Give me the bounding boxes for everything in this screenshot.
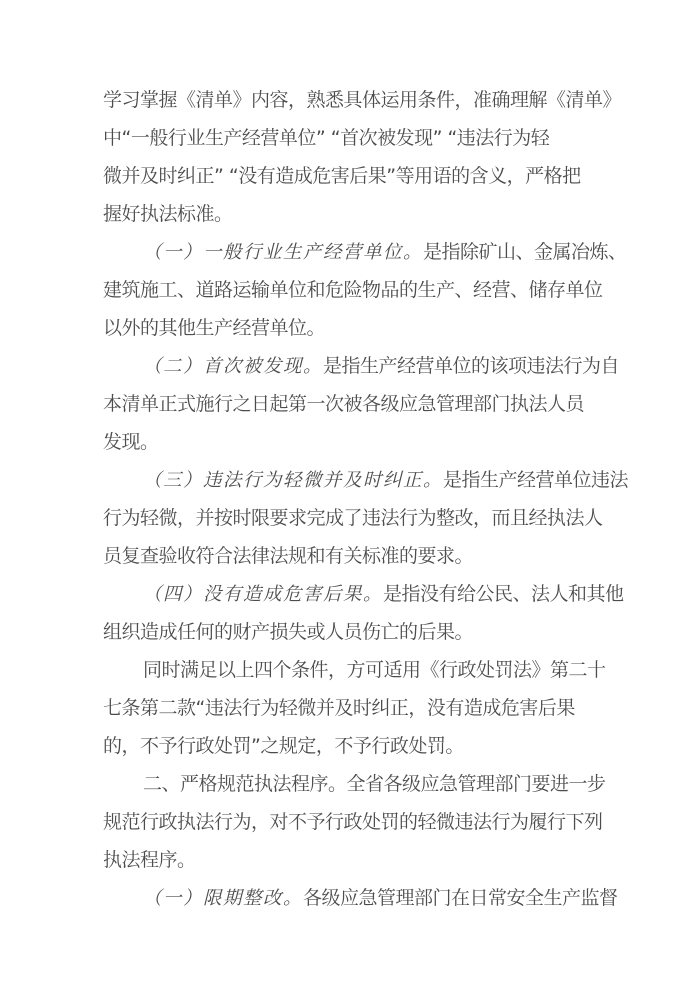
text-line: 同时满足以上四个条件，方可适用《行政处罚法》第二十 bbox=[103, 651, 600, 689]
line-text: 建筑施工、道路运输单位和危险物品的生产、经营、储存单位 bbox=[103, 279, 603, 301]
line-text: 握好执法标准。 bbox=[103, 203, 233, 225]
text-line: 发现。 bbox=[103, 423, 600, 461]
text-line: 员复查验收符合法律法规和有关标准的要求。 bbox=[103, 537, 600, 575]
line-text: 是指除矿山、金属冶炼、 bbox=[423, 241, 627, 263]
line-text: 七条第二款“违法行为轻微并及时纠正，没有造成危害后果 bbox=[103, 697, 575, 719]
line-text: 全省各级应急管理部门要进一步 bbox=[347, 773, 606, 795]
line-text: 执法程序。 bbox=[103, 849, 196, 871]
text-line: （一）限期整改。各级应急管理部门在日常安全生产监督 bbox=[103, 879, 600, 917]
line-text: 微并及时纠正” “没有造成危害后果”等用语的含义，严格把 bbox=[103, 165, 581, 187]
line-text: 的，不予行政处罚”之规定，不予行政处罚。 bbox=[103, 735, 464, 757]
clause-title: （一）限期整改。 bbox=[143, 888, 303, 909]
text-line: 本清单正式施行之日起第一次被各级应急管理部门执法人员 bbox=[103, 385, 600, 423]
text-line: 握好执法标准。 bbox=[103, 195, 600, 233]
line-text: 员复查验收符合法律法规和有关标准的要求。 bbox=[103, 545, 473, 567]
line-text: 是指生产经营单位的该项违法行为自 bbox=[323, 355, 619, 377]
text-line: 中“一般行业生产经营单位” “首次被发现” “违法行为轻 bbox=[103, 119, 600, 157]
text-line: 规范行政执法行为，对不予行政处罚的轻微违法行为履行下列 bbox=[103, 803, 600, 841]
line-text: 中“一般行业生产经营单位” “首次被发现” “违法行为轻 bbox=[103, 127, 549, 149]
text-line: 微并及时纠正” “没有造成危害后果”等用语的含义，严格把 bbox=[103, 157, 600, 195]
text-line: 七条第二款“违法行为轻微并及时纠正，没有造成危害后果 bbox=[103, 689, 600, 727]
line-text: 发现。 bbox=[103, 431, 159, 453]
text-line: （二）首次被发现。是指生产经营单位的该项违法行为自 bbox=[103, 347, 600, 385]
text-line: （三）违法行为轻微并及时纠正。是指生产经营单位违法 bbox=[103, 461, 600, 499]
line-text: 行为轻微，并按时限要求完成了违法行为整改，而且经执法人 bbox=[103, 507, 603, 529]
clause-title: （二）首次被发现。 bbox=[143, 356, 323, 377]
section-heading: 二、严格规范执法程序。 bbox=[143, 773, 347, 795]
line-text: 组织造成任何的财产损失或人员伤亡的后果。 bbox=[103, 621, 473, 643]
text-line: 学习掌握《清单》内容，熟悉具体运用条件，准确理解《清单》 bbox=[103, 81, 600, 119]
text-line: 组织造成任何的财产损失或人员伤亡的后果。 bbox=[103, 613, 600, 651]
line-text: 以外的其他生产经营单位。 bbox=[103, 317, 325, 339]
text-line: （四）没有造成危害后果。是指没有给公民、法人和其他 bbox=[103, 575, 600, 613]
line-text: 是指生产经营单位违法 bbox=[443, 469, 628, 491]
text-line: 执法程序。 bbox=[103, 841, 600, 879]
text-line: 建筑施工、道路运输单位和危险物品的生产、经营、储存单位 bbox=[103, 271, 600, 309]
text-line: 行为轻微，并按时限要求完成了违法行为整改，而且经执法人 bbox=[103, 499, 600, 537]
line-text: 各级应急管理部门在日常安全生产监督 bbox=[303, 887, 618, 909]
text-line: （一）一般行业生产经营单位。是指除矿山、金属冶炼、 bbox=[103, 233, 600, 271]
text-line: 二、严格规范执法程序。全省各级应急管理部门要进一步 bbox=[103, 765, 600, 803]
document-page: 学习掌握《清单》内容，熟悉具体运用条件，准确理解《清单》 中“一般行业生产经营单… bbox=[0, 0, 700, 990]
line-text: 规范行政执法行为，对不予行政处罚的轻微违法行为履行下列 bbox=[103, 811, 603, 833]
text-line: 的，不予行政处罚”之规定，不予行政处罚。 bbox=[103, 727, 600, 765]
clause-title: （四）没有造成危害后果。 bbox=[143, 584, 383, 605]
clause-title: （一）一般行业生产经营单位。 bbox=[143, 242, 423, 263]
line-text: 学习掌握《清单》内容，熟悉具体运用条件，准确理解《清单》 bbox=[103, 89, 621, 111]
line-text: 本清单正式施行之日起第一次被各级应急管理部门执法人员 bbox=[103, 393, 584, 415]
text-line: 以外的其他生产经营单位。 bbox=[103, 309, 600, 347]
line-text: 同时满足以上四个条件，方可适用《行政处罚法》第二十 bbox=[143, 659, 606, 681]
clause-title: （三）违法行为轻微并及时纠正。 bbox=[143, 470, 443, 491]
line-text: 是指没有给公民、法人和其他 bbox=[383, 583, 624, 605]
